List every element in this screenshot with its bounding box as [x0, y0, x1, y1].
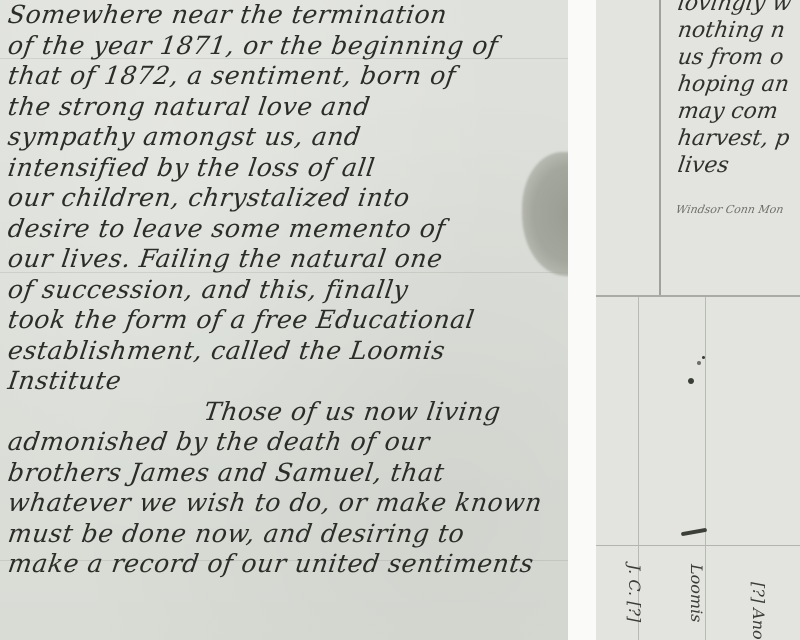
vertical-endorsement-notes: J. C. [?] Loomis [?] Ano — [596, 560, 800, 640]
handwritten-line: desire to leave some memento of — [6, 214, 568, 245]
vertical-note: Loomis — [687, 564, 706, 622]
handwritten-line: hoping an — [676, 71, 793, 98]
right-manuscript-page: lovingly w nothing n us from o hoping an… — [596, 0, 800, 640]
left-manuscript-page: Somewhere near the termination of the ye… — [0, 0, 568, 640]
handwritten-line: harvest, p — [676, 125, 793, 152]
handwritten-line: intensified by the loss of all — [6, 153, 568, 184]
handwritten-line-indented: Those of us now living — [6, 397, 568, 428]
handwritten-line: our lives. Failing the natural one — [6, 244, 568, 275]
handwritten-line: Somewhere near the termination — [6, 0, 568, 31]
handwritten-line: may com — [676, 98, 793, 125]
document-viewport: Somewhere near the termination of the ye… — [0, 0, 800, 640]
ink-speck — [697, 361, 701, 365]
handwritten-line: lives — [676, 152, 793, 179]
handwritten-line: must be done now, and desiring to — [6, 519, 568, 550]
handwritten-line: sympathy amongst us, and — [6, 122, 568, 153]
ink-speck — [688, 378, 694, 384]
right-page-text-block: lovingly w nothing n us from o hoping an… — [676, 0, 789, 179]
handwritten-line: whatever we wish to do, or make known — [6, 488, 568, 519]
place-note: Windsor Conn Mon — [675, 203, 785, 216]
page-gutter — [568, 0, 596, 640]
handwritten-line: brothers James and Samuel, that — [6, 458, 568, 489]
handwritten-line: us from o — [676, 44, 793, 71]
handwritten-line: our children, chrystalized into — [6, 183, 568, 214]
handwritten-line: that of 1872, a sentiment, born of — [6, 61, 568, 92]
handwritten-line: lovingly w — [676, 0, 793, 17]
vertical-note: [?] Ano — [749, 582, 768, 640]
handwritten-line: the strong natural love and — [6, 92, 568, 123]
handwritten-line: nothing n — [676, 17, 793, 44]
vertical-note: J. C. [?] — [625, 564, 644, 622]
horizontal-fold-line — [596, 545, 800, 546]
handwritten-line: make a record of our united sentiments — [6, 549, 568, 580]
handwritten-text-block: Somewhere near the termination of the ye… — [6, 0, 566, 580]
ink-smudge — [681, 528, 707, 536]
handwritten-line: of succession, and this, finally — [6, 275, 568, 306]
handwritten-line: of the year 1871, or the beginning of — [6, 31, 568, 62]
handwritten-line: establishment, called the Loomis — [6, 336, 568, 367]
handwritten-line: Institute — [6, 366, 568, 397]
horizontal-fold-line — [596, 295, 800, 297]
handwritten-line: took the form of a free Educational — [6, 305, 568, 336]
handwritten-line: admonished by the death of our — [6, 427, 568, 458]
ink-speck — [702, 356, 705, 359]
vertical-fold-line — [659, 0, 661, 296]
